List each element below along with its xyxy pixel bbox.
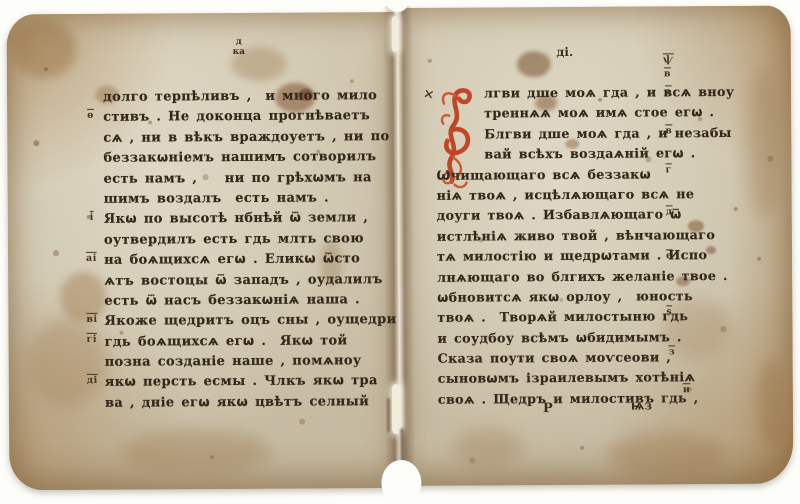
text-line: Ѡчищающаго всѧ беззакѡ [436, 164, 704, 186]
text-line: Якоже щедритъ оцъ сны , оущедри [104, 310, 380, 332]
text-line: Сказа поути своѧ моѵсеови , [438, 347, 706, 369]
text-line: беззакѡніемъ нашимъ сотворилъ [103, 147, 379, 169]
text-line: стивъ . Не доконца прогнѣваетъ [103, 107, 379, 129]
text-line: ніѧ твоѧ , исцѣлѧющаго всѧ не [437, 184, 705, 206]
verse-number: гі [86, 334, 97, 345]
text-line: якѡ персть есмы . Члкъ якѡ тра [105, 372, 381, 394]
verse-number: і [90, 212, 94, 223]
left-page-text: долго терпѣливъ , и много мило стивъ . Н… [103, 86, 381, 414]
text-line: на боѧщихсѧ егѡ . Еликѡ ѿсто [104, 249, 380, 271]
stain [453, 427, 523, 467]
text-line: твоѧ . Творѧй милостыню гдь [437, 306, 705, 328]
running-header-left-top: д [213, 37, 265, 47]
text-line: ѡбновитсѧ якѡ орлоу , юность [437, 286, 705, 308]
right-page-text: лгви дше моѧ гда , и всѧ вноу треннѧѧ мо… [436, 82, 706, 410]
open-book: д ка ѳ і аі ві гі ді долго терпѣливъ , и… [0, 0, 800, 504]
text-line: тѧ милостію и щедрѡтами . Испо [437, 245, 705, 267]
text-line: гдь боѧщихсѧ егѡ . Якѡ той [104, 331, 380, 353]
text-line: своѧ . Щедръ и милостивъ гдь , [438, 388, 706, 410]
torn-edge-notch [381, 460, 421, 504]
verse-number: ві [86, 314, 97, 325]
catchword: ѩз [631, 398, 652, 412]
text-line: вай всѣхъ воздаѧній егѡ . [436, 143, 704, 165]
psalm-mark: ѱ [663, 54, 674, 65]
verse-number: аі [86, 253, 97, 264]
text-line: шимъ воздалъ есть намъ . [104, 188, 380, 210]
text-line: позна созданіе наше , помѧноу [105, 351, 381, 373]
text-line: сѧ , ни в вѣкъ враждоуетъ , ни по [103, 127, 379, 149]
text-line: истлѣніѧ живо твой , вѣнчающаго [437, 225, 705, 247]
verse-number: ді [87, 375, 98, 386]
text-line: долго терпѣливъ , и много мило [103, 86, 379, 108]
text-line: есть намъ , ни по грѣхѡмъ на [103, 168, 379, 190]
stain [60, 272, 106, 322]
running-header-left-bottom: ка [213, 47, 265, 57]
running-header-right: ді. [537, 45, 593, 59]
text-line: и соудбоу всѣмъ ѡбидимымъ . [437, 327, 705, 349]
stain [26, 318, 107, 408]
text-line: доуги твоѧ . Избавлѧющаго ѿ [437, 204, 705, 226]
stain [706, 246, 716, 254]
binding-thread [392, 384, 401, 434]
book-photo: д ка ѳ і аі ві гі ді долго терпѣливъ , и… [0, 0, 800, 504]
text-line: оутвердилъ есть гдь млть свою [104, 229, 380, 251]
text-line: Блгви дше моѧ гда , и незабы [436, 123, 704, 145]
text-line: есть ѿ насъ беззакѡніѧ наша . [104, 290, 380, 312]
psalm-mark: в [664, 68, 671, 79]
binding-thread [392, 16, 399, 52]
text-line: лгви дше моѧ гда , и всѧ вноу [436, 82, 704, 104]
text-line: сыновѡмъ ізраилевымъ хотѣніѧ [438, 368, 706, 390]
stain [13, 20, 77, 78]
text-line: ва , дніе егѡ якѡ цвѣтъ селный [105, 392, 381, 414]
stain [757, 358, 786, 448]
verse-number: ѳ [87, 110, 94, 121]
gutter-ink-smudge [387, 398, 390, 432]
text-line: Якѡ по высотѣ нбнѣй ѿ земли , [104, 208, 380, 230]
quire-signature: Р [543, 401, 553, 416]
text-line: ѧтъ востоцы ѿ западъ , оудалилъ [104, 270, 380, 292]
text-line: лнѧющаго во блгихъ желаніе твое . [437, 266, 705, 288]
text-line: треннѧѧ моѧ имѧ стое егѡ . [436, 103, 704, 125]
running-header-left: д ка [213, 37, 265, 57]
